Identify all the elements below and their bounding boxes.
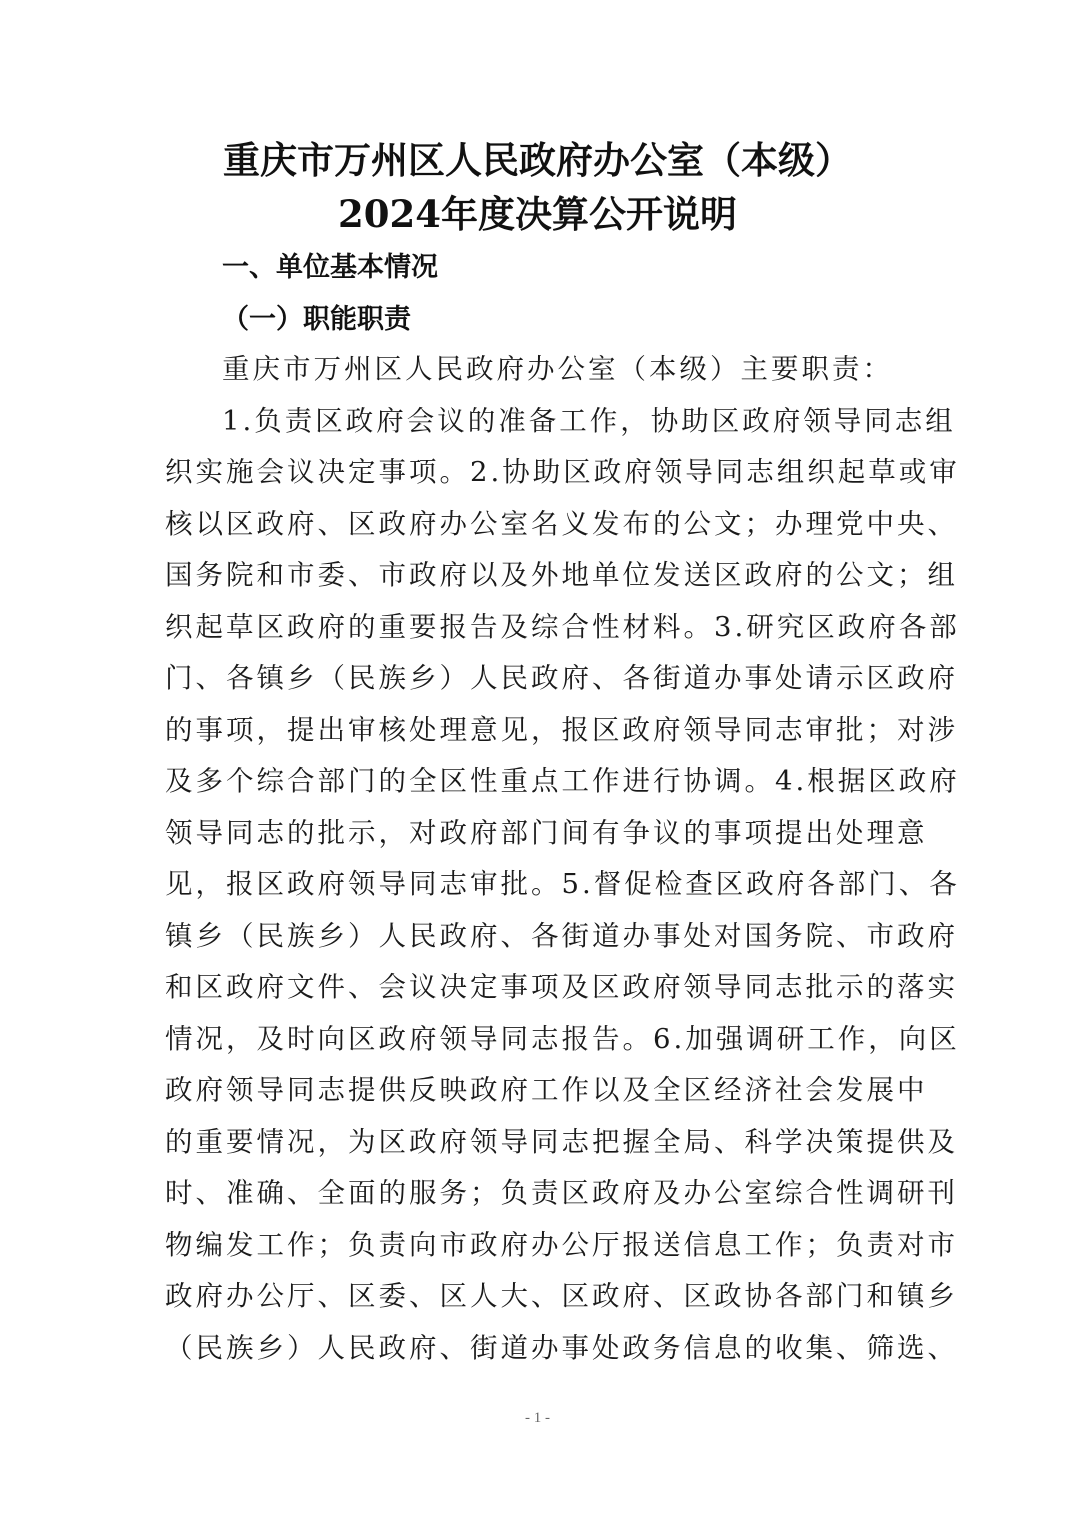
subsection-heading: （一）职能职责 [222,300,411,340]
body-line: 织起草区政府的重要报告及综合性材料。3.研究区政府各部 [165,607,915,659]
body-line: 情况，及时向区政府领导同志报告。6.加强调研工作，向区 [165,1019,915,1071]
page-number: - 1 - [0,1410,1075,1427]
body-line: 政府领导同志提供反映政府工作以及全区经济社会发展中 [165,1070,915,1122]
body-line: 物编发工作；负责向市政府办公厅报送信息工作；负责对市 [165,1225,915,1277]
document-title-line-1: 重庆市万州区人民政府办公室（本级） [0,138,1075,182]
body-line: 国务院和市委、市政府以及外地单位发送区政府的公文；组 [165,555,915,607]
document-page: 重庆市万州区人民政府办公室（本级） 2024年度决算公开说明 一、单位基本情况 … [0,0,1075,1520]
body-line: 的事项，提出审核处理意见，报区政府领导同志审批；对涉 [165,710,915,762]
body-line: 核以区政府、区政府办公室名义发布的公文；办理党中央、 [165,504,915,556]
body-line: 重庆市万州区人民政府办公室（本级）主要职责： [165,349,915,401]
body-line: 1.负责区政府会议的准备工作，协助区政府领导同志组 [165,401,915,453]
body-line: （民族乡）人民政府、街道办事处政务信息的收集、筛选、 [165,1328,915,1380]
document-title-line-2: 2024年度决算公开说明 [0,192,1075,236]
body-line: 的重要情况，为区政府领导同志把握全局、科学决策提供及 [165,1122,915,1174]
body-line: 见，报区政府领导同志审批。5.督促检查区政府各部门、各 [165,864,915,916]
body-line: 政府办公厅、区委、区人大、区政府、区政协各部门和镇乡 [165,1276,915,1328]
body-line: 和区政府文件、会议决定事项及区政府领导同志批示的落实 [165,967,915,1019]
body-line: 领导同志的批示，对政府部门间有争议的事项提出处理意 [165,813,915,865]
body-line: 镇乡（民族乡）人民政府、各街道办事处对国务院、市政府 [165,916,915,968]
body-line: 门、各镇乡（民族乡）人民政府、各街道办事处请示区政府 [165,658,915,710]
section-heading: 一、单位基本情况 [222,248,438,288]
body-line: 时、准确、全面的服务；负责区政府及办公室综合性调研刊 [165,1173,915,1225]
body-line: 织实施会议决定事项。2.协助区政府领导同志组织起草或审 [165,452,915,504]
body-line: 及多个综合部门的全区性重点工作进行协调。4.根据区政府 [165,761,915,813]
body-text: 重庆市万州区人民政府办公室（本级）主要职责： 1.负责区政府会议的准备工作，协助… [165,349,915,1379]
